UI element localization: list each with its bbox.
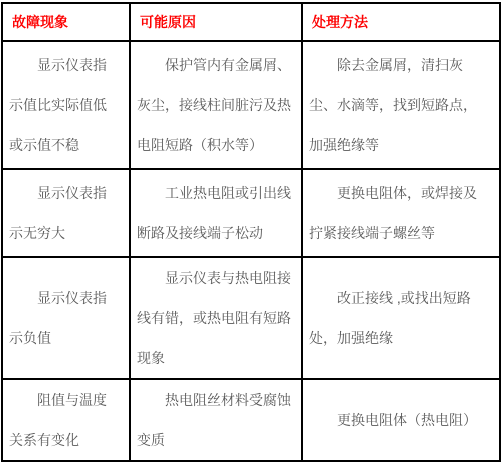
table-row: 阻值与温度关系有变化 热电阻丝材料受腐蚀变质 更换电阻体（热电阻） (2, 379, 500, 461)
remedy-cell: 更换电阻体（热电阻） (302, 379, 500, 461)
troubleshooting-table: 故障现象 可能原因 处理方法 显示仪表指示值比实际值低或示值不稳 保护管内有金属… (1, 2, 501, 462)
header-remedy: 处理方法 (302, 3, 500, 41)
remedy-cell: 更换电阻体，或焊接及拧紧接线端子螺丝等 (302, 169, 500, 257)
header-row: 故障现象 可能原因 处理方法 (2, 3, 500, 41)
cause-cell: 工业热电阻或引出线断路及接线端子松动 (130, 169, 302, 257)
table-row: 显示仪表指示负值 显示仪表与热电阻接线有错，或热电阻有短路现象 改正接线 ,或找… (2, 257, 500, 379)
table-row: 显示仪表指示无穷大 工业热电阻或引出线断路及接线端子松动 更换电阻体，或焊接及拧… (2, 169, 500, 257)
cause-cell: 显示仪表与热电阻接线有错，或热电阻有短路现象 (130, 257, 302, 379)
table-row: 显示仪表指示值比实际值低或示值不稳 保护管内有金属屑、灰尘，接线柱间脏污及热电阻… (2, 41, 500, 169)
fault-cell: 显示仪表指示负值 (2, 257, 130, 379)
header-fault: 故障现象 (2, 3, 130, 41)
fault-cell: 显示仪表指示无穷大 (2, 169, 130, 257)
cause-cell: 热电阻丝材料受腐蚀变质 (130, 379, 302, 461)
cause-cell: 保护管内有金属屑、灰尘，接线柱间脏污及热电阻短路（积水等） (130, 41, 302, 169)
remedy-cell: 改正接线 ,或找出短路处，加强绝缘 (302, 257, 500, 379)
page: 故障现象 可能原因 处理方法 显示仪表指示值比实际值低或示值不稳 保护管内有金属… (0, 0, 502, 468)
fault-cell: 阻值与温度关系有变化 (2, 379, 130, 461)
remedy-cell: 除去金属屑，清扫灰尘、水滴等，找到短路点，加强绝缘等 (302, 41, 500, 169)
header-cause: 可能原因 (130, 3, 302, 41)
fault-cell: 显示仪表指示值比实际值低或示值不稳 (2, 41, 130, 169)
